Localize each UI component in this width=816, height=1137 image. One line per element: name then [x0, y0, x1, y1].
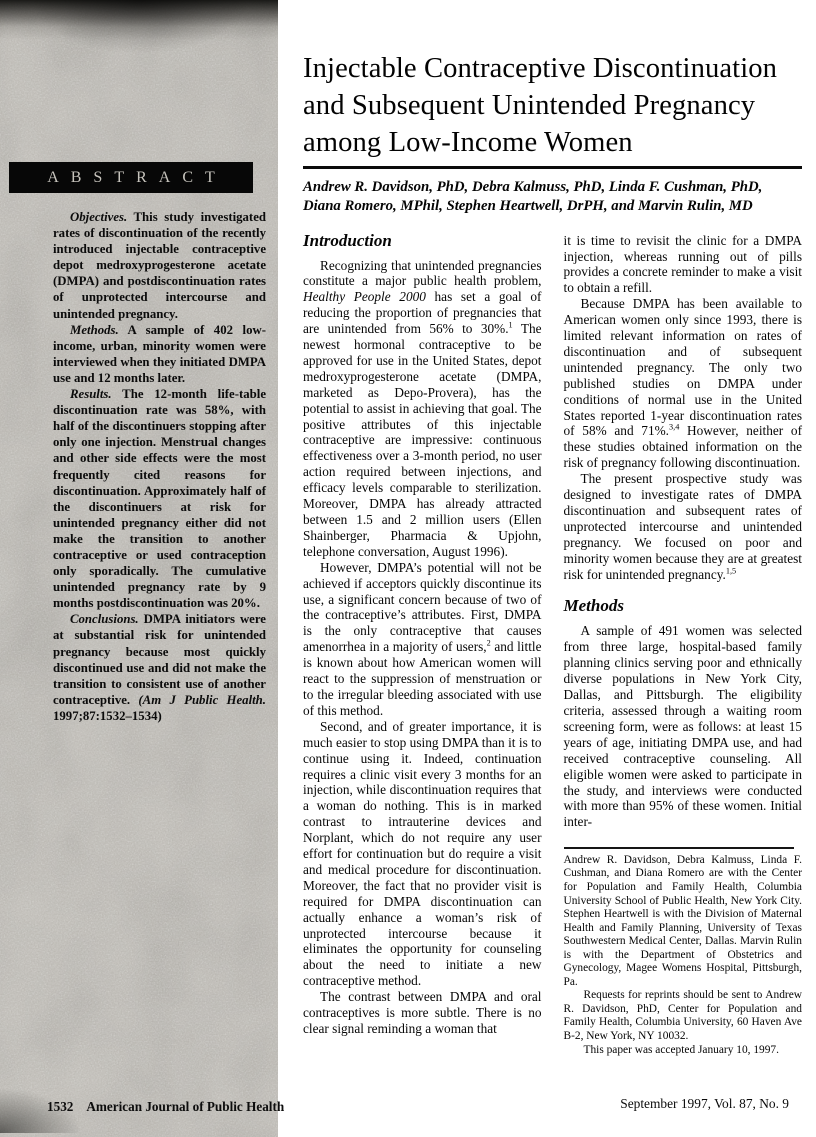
abstract-paragraph-results: Results. The 12-month life-table discont…: [53, 386, 266, 611]
abstract-header-bar: ABSTRACT: [9, 162, 253, 193]
body-paragraph: Second, and of greater importance, it is…: [303, 719, 542, 989]
body-paragraph: Because DMPA has been available to Ameri…: [564, 296, 803, 471]
article-title-line-3: among Low-Income Women: [303, 124, 802, 161]
title-divider-rule: [303, 166, 802, 169]
column-right: it is time to revisit the clinic for a D…: [564, 233, 803, 1058]
body-paragraph: Recognizing that unintended pregnancies …: [303, 258, 542, 560]
scanned-abstract-column: ABSTRACT Objectives. This study investig…: [0, 0, 278, 1137]
body-paragraph: it is time to revisit the clinic for a D…: [564, 233, 803, 297]
section-heading-methods: Methods: [564, 598, 803, 614]
footnote-divider-rule: [564, 847, 794, 849]
column-left: Introduction Recognizing that unintended…: [303, 233, 542, 1058]
author-byline-line-2: Diana Romero, MPhil, Stephen Heartwell, …: [303, 197, 802, 217]
body-paragraph: The present prospective study was design…: [564, 471, 803, 582]
article-columns: Introduction Recognizing that unintended…: [303, 233, 802, 1058]
footnote-paragraph-reprints: Requests for reprints should be sent to …: [564, 989, 803, 1043]
abstract-paragraph-objectives: Objectives. This study investigated rate…: [53, 209, 266, 322]
author-byline-line-1: Andrew R. Davidson, PhD, Debra Kalmuss, …: [303, 178, 802, 198]
article-title-line-2: and Subsequent Unintended Pregnancy: [303, 87, 802, 124]
journal-name: American Journal of Public Health: [86, 1099, 284, 1114]
author-affiliations-footnote: Andrew R. Davidson, Debra Kalmuss, Linda…: [564, 854, 803, 1057]
body-paragraph: The contrast between DMPA and oral contr…: [303, 989, 542, 1037]
article-title: Injectable Contraceptive Discontinuation…: [303, 50, 802, 161]
abstract-paragraph-conclusions: Conclusions. DMPA initiators were at sub…: [53, 611, 266, 724]
page-number: 1532: [47, 1099, 73, 1114]
scan-smudge-top-blob: [30, 0, 250, 54]
author-byline: Andrew R. Davidson, PhD, Debra Kalmuss, …: [303, 178, 802, 217]
article-main: Injectable Contraceptive Discontinuation…: [303, 0, 802, 1057]
abstract-heading: ABSTRACT: [47, 169, 227, 186]
article-title-line-1: Injectable Contraceptive Discontinuation: [303, 50, 802, 87]
page-footer-left: 1532American Journal of Public Health: [47, 1099, 284, 1115]
journal-page: ABSTRACT Objectives. This study investig…: [0, 0, 816, 1137]
body-paragraph: A sample of 491 women was selected from …: [564, 623, 803, 830]
section-heading-introduction: Introduction: [303, 233, 542, 249]
abstract-paragraph-methods: Methods. A sample of 402 low-income, urb…: [53, 322, 266, 386]
abstract-body: Objectives. This study investigated rate…: [53, 209, 266, 724]
body-paragraph: However, DMPA’s potential will not be ac…: [303, 560, 542, 719]
footnote-paragraph-affiliations: Andrew R. Davidson, Debra Kalmuss, Linda…: [564, 854, 803, 989]
footnote-paragraph-accepted: This paper was accepted January 10, 1997…: [564, 1044, 803, 1058]
page-footer-right: September 1997, Vol. 87, No. 9: [620, 1096, 789, 1112]
